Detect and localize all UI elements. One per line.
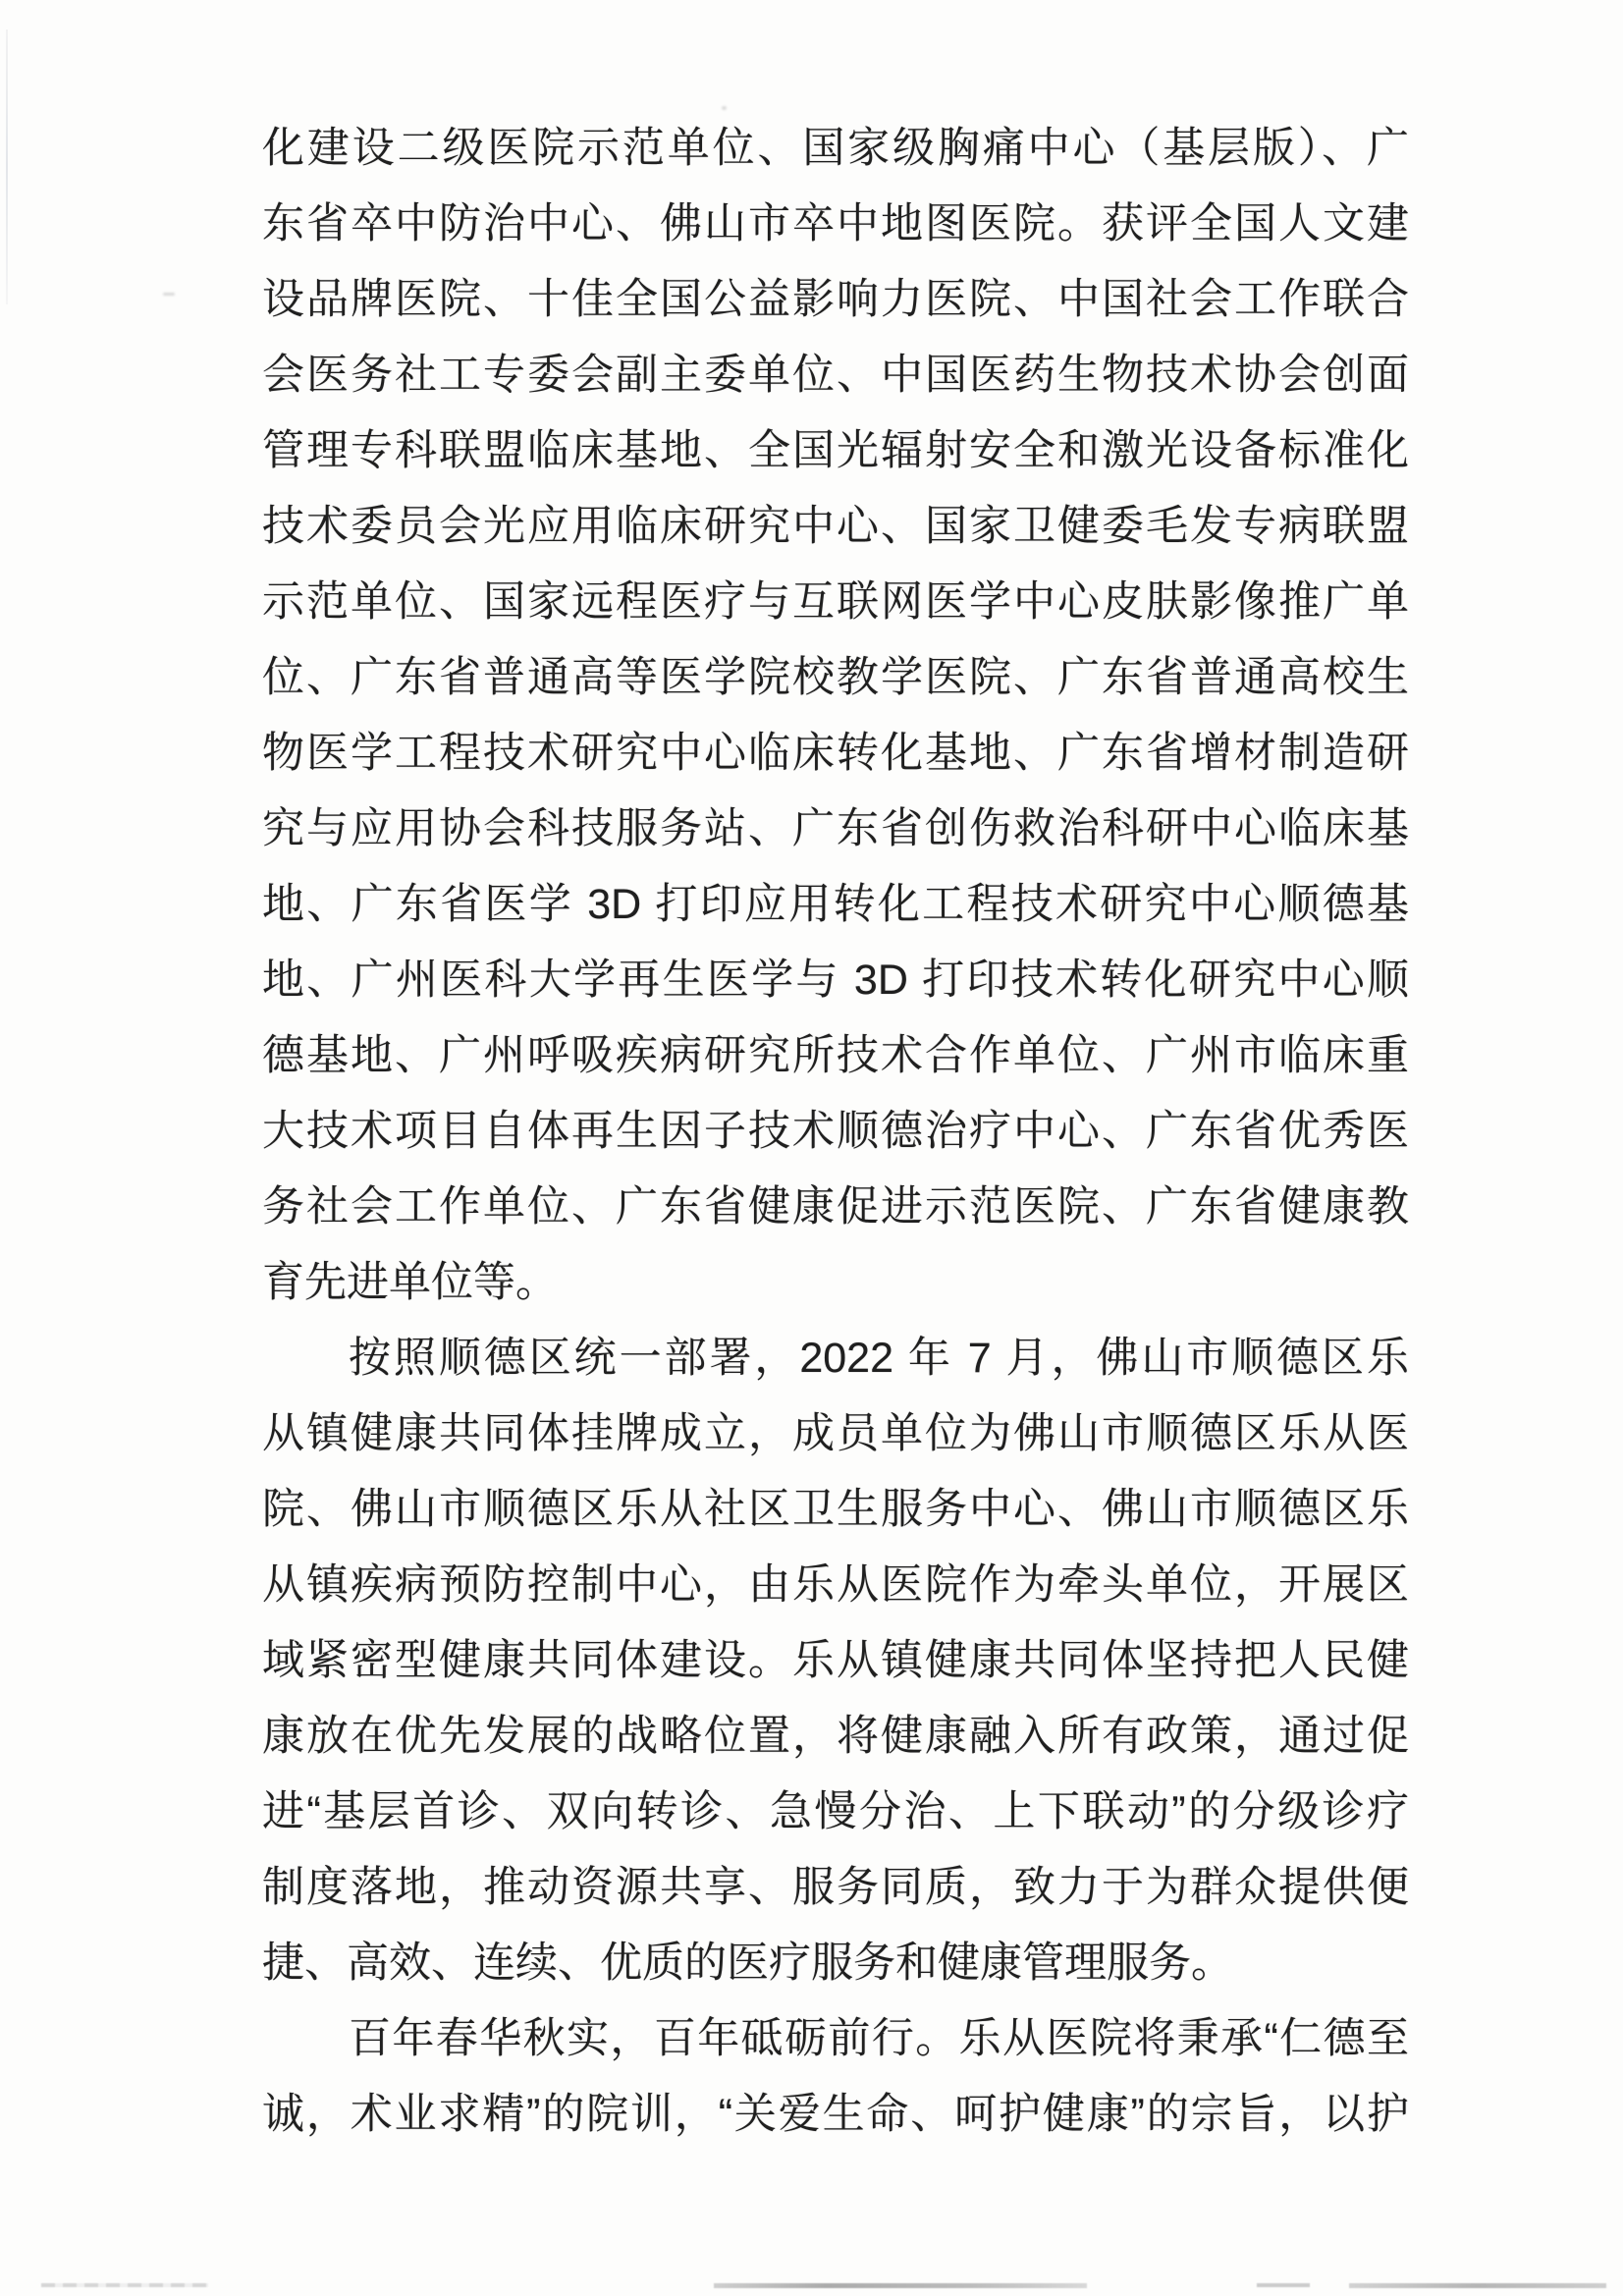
scan-streak-artifact [1257, 2283, 1310, 2287]
scan-edge-artifact [6, 29, 8, 304]
text-line: 百年春华秋实，百年砥砺前行。乐从医院将秉承“仁德至 [262, 2001, 1409, 2077]
scan-streak-artifact [1349, 2283, 1606, 2288]
paragraph-hospital-honors: 化建设二级医院示范单位、国家级胸痛中心（基层版）、广 东省卒中防治中心、佛山市卒… [262, 111, 1409, 1321]
text-line: 从镇健康共同体挂牌成立，成员单位为佛山市顺德区乐从医 [262, 1396, 1409, 1472]
text-line: 域紧密型健康共同体建设。乐从镇健康共同体坚持把人民健 [262, 1623, 1409, 1699]
text-line: 育先进单位等。 [262, 1245, 1409, 1321]
scan-smudge [163, 293, 175, 296]
text-line: 从镇疾病预防控制中心，由乐从医院作为牵头单位，开展区 [262, 1548, 1409, 1623]
scanned-document-page: 化建设二级医院示范单位、国家级胸痛中心（基层版）、广 东省卒中防治中心、佛山市卒… [0, 0, 1623, 2296]
text-line: 管理专科联盟临床基地、全国光辐射安全和激光设备标准化 [262, 413, 1409, 489]
text-line: 务社会工作单位、广东省健康促进示范医院、广东省健康教 [262, 1170, 1409, 1245]
text-line: 地、广州医科大学再生医学与 3D 打印技术转化研究中心顺 [262, 943, 1409, 1018]
text-line: 位、广东省普通高等医学院校教学医院、广东省普通高校生 [262, 640, 1409, 716]
text-line: 康放在优先发展的战略位置，将健康融入所有政策，通过促 [262, 1699, 1409, 1775]
text-line: 大技术项目自体再生因子技术顺德治疗中心、广东省优秀医 [262, 1094, 1409, 1170]
text-line: 示范单位、国家远程医疗与互联网医学中心皮肤影像推广单 [262, 565, 1409, 640]
text-line: 诚，术业求精”的院训，“关爱生命、呵护健康”的宗旨，以护 [262, 2077, 1409, 2153]
document-text-block: 化建设二级医院示范单位、国家级胸痛中心（基层版）、广 东省卒中防治中心、佛山市卒… [262, 111, 1409, 2153]
paragraph-centennial-vision: 百年春华秋实，百年砥砺前行。乐从医院将秉承“仁德至 诚，术业求精”的院训，“关爱… [262, 2001, 1409, 2153]
text-line: 技术委员会光应用临床研究中心、国家卫健委毛发专病联盟 [262, 489, 1409, 565]
text-line: 制度落地，推动资源共享、服务同质，致力于为群众提供便 [262, 1850, 1409, 1926]
text-line: 地、广东省医学 3D 打印应用转化工程技术研究中心顺德基 [262, 867, 1409, 943]
text-line: 物医学工程技术研究中心临床转化基地、广东省增材制造研 [262, 716, 1409, 792]
text-line: 东省卒中防治中心、佛山市卒中地图医院。获评全国人文建 [262, 187, 1409, 262]
scan-smudge [722, 106, 727, 110]
scan-streak-artifact [714, 2283, 1087, 2288]
text-line: 进“基层首诊、双向转诊、急慢分治、上下联动”的分级诊疗 [262, 1775, 1409, 1850]
scan-streak-artifact [41, 2283, 208, 2287]
text-line: 捷、高效、连续、优质的医疗服务和健康管理服务。 [262, 1926, 1409, 2001]
paragraph-health-community: 按照顺德区统一部署，2022 年 7 月，佛山市顺德区乐 从镇健康共同体挂牌成立… [262, 1321, 1409, 2001]
text-line: 会医务社工专委会副主委单位、中国医药生物技术协会创面 [262, 338, 1409, 413]
text-line: 按照顺德区统一部署，2022 年 7 月，佛山市顺德区乐 [262, 1321, 1409, 1396]
text-line: 院、佛山市顺德区乐从社区卫生服务中心、佛山市顺德区乐 [262, 1472, 1409, 1548]
text-line: 德基地、广州呼吸疾病研究所技术合作单位、广州市临床重 [262, 1018, 1409, 1094]
text-line: 究与应用协会科技服务站、广东省创伤救治科研中心临床基 [262, 792, 1409, 867]
text-line: 设品牌医院、十佳全国公益影响力医院、中国社会工作联合 [262, 262, 1409, 338]
text-line: 化建设二级医院示范单位、国家级胸痛中心（基层版）、广 [262, 111, 1409, 187]
